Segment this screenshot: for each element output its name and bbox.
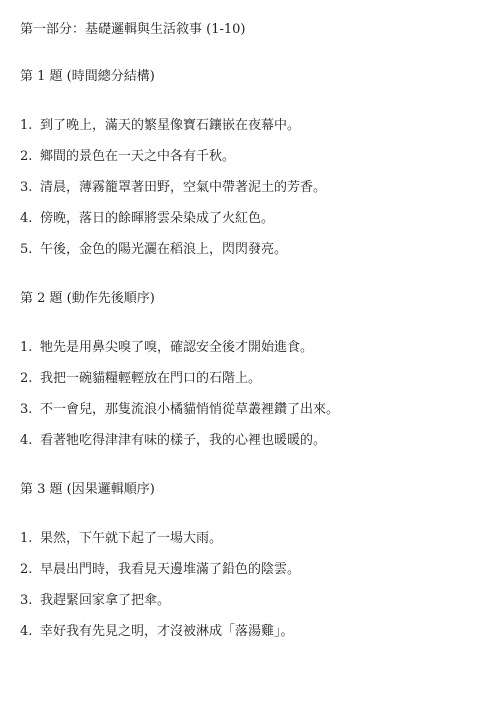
item-text: 看著牠吃得津津有味的樣子，我的心裡也暖暖的。 — [40, 433, 326, 448]
item-text: 果然，下午就下起了一場大雨。 — [40, 531, 222, 546]
item-number: 2. — [20, 371, 40, 387]
item-text: 鄉間的景色在一天之中各有千秋。 — [40, 149, 235, 164]
q3-item-4: 4.幸好我有先見之明，才沒被淋成「落湯雞」。 — [20, 624, 294, 640]
item-text: 幸好我有先見之明，才沒被淋成「落湯雞」。 — [40, 624, 294, 639]
item-number: 3. — [20, 593, 40, 609]
item-number: 4. — [20, 211, 40, 227]
q2-item-1: 1.牠先是用鼻尖嗅了嗅，確認安全後才開始進食。 — [20, 340, 313, 356]
item-text: 我趕緊回家拿了把傘。 — [40, 593, 170, 608]
question-1-heading: 第 1 題 (時間總分結構) — [20, 69, 155, 85]
part-title: 第一部分：基礎邏輯與生活敘事 (1-10) — [20, 22, 245, 38]
item-number: 2. — [20, 562, 40, 578]
q2-item-2: 2.我把一碗貓糧輕輕放在門口的石階上。 — [20, 371, 261, 387]
item-number: 2. — [20, 149, 40, 165]
item-number: 4. — [20, 624, 40, 640]
q3-item-2: 2.早晨出門時，我看見天邊堆滿了鉛色的陰雲。 — [20, 562, 300, 578]
question-3-heading: 第 3 題 (因果邏輯順序) — [20, 482, 155, 498]
item-text: 傍晚，落日的餘暉將雲朵染成了火紅色。 — [40, 211, 274, 226]
q1-item-4: 4.傍晚，落日的餘暉將雲朵染成了火紅色。 — [20, 211, 274, 227]
q2-item-4: 4.看著牠吃得津津有味的樣子，我的心裡也暖暖的。 — [20, 433, 326, 449]
q1-item-3: 3.清晨，薄霧籠罩著田野，空氣中帶著泥土的芳香。 — [20, 180, 326, 196]
item-text: 不一會兒，那隻流浪小橘貓悄悄從草叢裡鑽了出來。 — [40, 402, 339, 417]
item-text: 早晨出門時，我看見天邊堆滿了鉛色的陰雲。 — [40, 562, 300, 577]
item-text: 清晨，薄霧籠罩著田野，空氣中帶著泥土的芳香。 — [40, 180, 326, 195]
item-number: 4. — [20, 433, 40, 449]
q3-item-3: 3.我趕緊回家拿了把傘。 — [20, 593, 170, 609]
item-number: 3. — [20, 402, 40, 418]
item-text: 午後，金色的陽光灑在稻浪上，閃閃發亮。 — [40, 242, 287, 257]
item-number: 5. — [20, 242, 40, 258]
q1-item-5: 5.午後，金色的陽光灑在稻浪上，閃閃發亮。 — [20, 242, 287, 258]
q1-item-2: 2.鄉間的景色在一天之中各有千秋。 — [20, 149, 235, 165]
item-number: 1. — [20, 340, 40, 356]
item-text: 到了晚上，滿天的繁星像寶石鑲嵌在夜幕中。 — [40, 118, 300, 133]
q3-item-1: 1.果然，下午就下起了一場大雨。 — [20, 531, 222, 547]
question-2-heading: 第 2 題 (動作先後順序) — [20, 291, 155, 307]
item-text: 我把一碗貓糧輕輕放在門口的石階上。 — [40, 371, 261, 386]
item-number: 1. — [20, 531, 40, 547]
item-number: 3. — [20, 180, 40, 196]
item-number: 1. — [20, 118, 40, 134]
q2-item-3: 3.不一會兒，那隻流浪小橘貓悄悄從草叢裡鑽了出來。 — [20, 402, 339, 418]
item-text: 牠先是用鼻尖嗅了嗅，確認安全後才開始進食。 — [40, 340, 313, 355]
q1-item-1: 1.到了晚上，滿天的繁星像寶石鑲嵌在夜幕中。 — [20, 118, 300, 134]
